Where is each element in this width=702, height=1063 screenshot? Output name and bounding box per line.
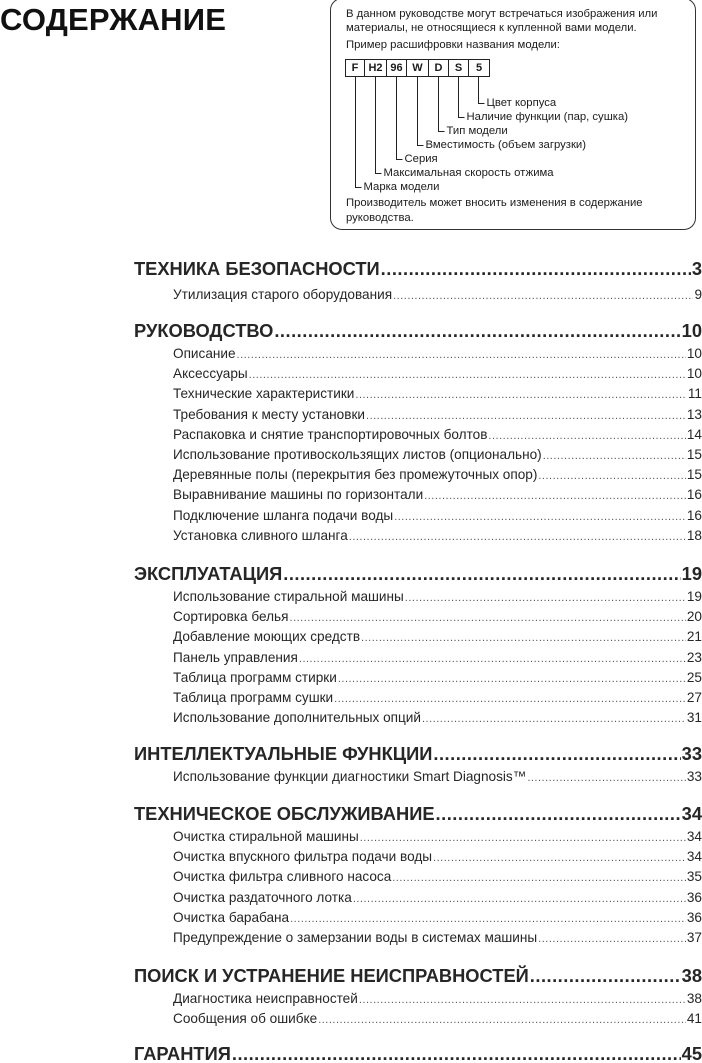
- toc-item-row[interactable]: Таблица программ сушки27: [173, 690, 702, 705]
- toc-item-row[interactable]: Описание10: [173, 346, 702, 361]
- toc-item-row[interactable]: Использование дополнительных опций31: [173, 710, 702, 725]
- toc-leader-dots: [405, 592, 686, 604]
- toc-leader-dots: [318, 1014, 686, 1026]
- toc-item-page: 35: [687, 869, 702, 884]
- toc-section-title[interactable]: ЭКСПЛУАТАЦИЯ: [134, 563, 282, 585]
- model-code-legend-item: Максимальная скорость отжима: [384, 166, 554, 180]
- toc-item-page: 23: [687, 650, 702, 665]
- toc-item-row[interactable]: Предупреждение о замерзании воды в систе…: [173, 930, 702, 945]
- toc-item-page: 31: [687, 710, 702, 725]
- toc-item-page: 41: [687, 1011, 702, 1026]
- toc-item-page: 10: [687, 346, 702, 361]
- model-notice-box: В данном руководстве могут встречаться и…: [330, 0, 696, 230]
- toc-leader-dots: [392, 872, 686, 884]
- toc-item-row[interactable]: Добавление моющих средств21: [173, 629, 702, 644]
- toc-item-page: 36: [687, 910, 702, 925]
- toc-leader-dots: [274, 320, 680, 342]
- toc-section-title[interactable]: ТЕХНИКА БЕЗОПАСНОСТИ: [134, 258, 380, 280]
- toc-leader-dots: [433, 743, 680, 765]
- toc-section-row[interactable]: ТЕХНИКА БЕЗОПАСНОСТИ3: [134, 258, 702, 280]
- toc-leader-dots: [366, 410, 686, 422]
- toc-leader-dots: [349, 531, 686, 543]
- toc-item-page: 27: [687, 690, 702, 705]
- toc-item-title[interactable]: Подключение шланга подачи воды: [173, 508, 393, 523]
- toc-item-title[interactable]: Предупреждение о замерзании воды в систе…: [173, 930, 537, 945]
- toc-leader-dots: [527, 772, 686, 784]
- toc-item-title[interactable]: Технические характеристики: [173, 386, 354, 401]
- toc-item-page: 33: [687, 769, 702, 784]
- toc-section-row[interactable]: ПОИСК И УСТРАНЕНИЕ НЕИСПРАВНОСТЕЙ38: [134, 965, 702, 987]
- toc-section-row[interactable]: ТЕХНИЧЕСКОЕ ОБСЛУЖИВАНИЕ34: [134, 803, 702, 825]
- notice-line-1: В данном руководстве могут встречаться и…: [346, 7, 657, 21]
- toc-leader-dots: [290, 612, 686, 624]
- toc-item-page: 34: [687, 849, 702, 864]
- toc-item-page: 16: [687, 508, 702, 523]
- toc-item-title[interactable]: Утилизация старого оборудования: [173, 287, 392, 302]
- toc-section-title[interactable]: ТЕХНИЧЕСКОЕ ОБСЛУЖИВАНИЕ: [134, 803, 435, 825]
- toc-section-row[interactable]: ЭКСПЛУАТАЦИЯ19: [134, 563, 702, 585]
- toc-item-row[interactable]: Использование стиральной машины19: [173, 589, 702, 604]
- toc-item-title[interactable]: Очистка впускного фильтра подачи воды: [173, 849, 432, 864]
- model-code-cell: S: [449, 60, 469, 76]
- toc-item-title[interactable]: Очистка фильтра сливного насоса: [173, 869, 391, 884]
- toc-section-title[interactable]: ГАРАНТИЯ: [134, 1043, 231, 1063]
- toc-item-page: 37: [687, 930, 702, 945]
- toc-item-page: 25: [687, 670, 702, 685]
- toc-leader-dots: [353, 893, 686, 905]
- toc-section-page: 34: [682, 803, 702, 825]
- toc-section-page: 19: [682, 563, 702, 585]
- toc-item-row[interactable]: Распаковка и снятие транспортировочных б…: [173, 427, 702, 442]
- toc-section-title[interactable]: ИНТЕЛЛЕКТУАЛЬНЫЕ ФУНКЦИИ: [134, 743, 432, 765]
- toc-item-title[interactable]: Сортировка белья: [173, 609, 289, 624]
- toc-leader-dots: [355, 389, 686, 401]
- toc-leader-dots: [381, 258, 691, 280]
- toc-section-page: 3: [692, 258, 702, 280]
- toc-leader-dots: [290, 913, 686, 925]
- toc-item-row[interactable]: Сообщения об ошибке41: [173, 1011, 702, 1026]
- toc-item-page: 15: [687, 467, 702, 482]
- toc-section-title[interactable]: ПОИСК И УСТРАНЕНИЕ НЕИСПРАВНОСТЕЙ: [134, 965, 529, 987]
- toc-leader-dots: [360, 832, 686, 844]
- toc-leader-dots: [530, 965, 681, 987]
- toc-item-title[interactable]: Использование стиральной машины: [173, 589, 404, 604]
- notice-line-2: материалы, не относящиеся к купленной ва…: [346, 21, 637, 35]
- toc-item-title[interactable]: Таблица программ стирки: [173, 670, 337, 685]
- toc-leader-dots: [543, 450, 686, 462]
- toc-item-row[interactable]: Требования к месту установки13: [173, 407, 702, 422]
- toc-leader-dots: [232, 1043, 681, 1063]
- toc-item-row[interactable]: Деревянные полы (перекрытия без промежут…: [173, 467, 702, 482]
- toc-leader-dots: [338, 673, 686, 685]
- toc-item-row[interactable]: Очистка фильтра сливного насоса35: [173, 869, 702, 884]
- model-code-cell: 96: [387, 60, 407, 76]
- toc-item-page: 20: [687, 609, 702, 624]
- toc-leader-dots: [538, 470, 686, 482]
- model-code-legend-item: Серия: [405, 152, 438, 166]
- toc-item-title[interactable]: Использование противоскользящих листов (…: [173, 447, 542, 462]
- toc-item-title[interactable]: Панель управления: [173, 650, 298, 665]
- toc-item-page: 16: [687, 487, 702, 502]
- toc-item-row[interactable]: Технические характеристики11: [173, 386, 702, 401]
- toc-item-title[interactable]: Диагностика неисправностей: [173, 991, 358, 1006]
- toc-item-page: 11: [688, 386, 702, 401]
- toc-section-title[interactable]: РУКОВОДСТВО: [134, 320, 273, 342]
- toc-item-title[interactable]: Таблица программ сушки: [173, 690, 333, 705]
- toc-item-page: 21: [687, 629, 702, 644]
- toc-item-page: 9: [694, 287, 702, 302]
- toc-item-title[interactable]: Выравнивание машины по горизонтали: [173, 487, 423, 502]
- toc-item-title[interactable]: Использование дополнительных опций: [173, 710, 421, 725]
- toc-item-row[interactable]: Подключение шланга подачи воды16: [173, 508, 702, 523]
- toc-item-title[interactable]: Использование функции диагностики Smart …: [173, 769, 526, 784]
- toc-section-row[interactable]: РУКОВОДСТВО10: [134, 320, 702, 342]
- toc-item-title[interactable]: Аксессуары: [173, 366, 248, 381]
- toc-item-page: 19: [687, 589, 702, 604]
- toc-item-title[interactable]: Очистка стиральной машины: [173, 829, 359, 844]
- toc-section-page: 45: [682, 1043, 702, 1063]
- toc-section-row[interactable]: ГАРАНТИЯ45: [134, 1043, 702, 1063]
- toc-section-page: 33: [682, 743, 702, 765]
- toc-item-page: 10: [687, 366, 702, 381]
- toc-item-row[interactable]: Таблица программ стирки25: [173, 670, 702, 685]
- toc-section-page: 38: [682, 965, 702, 987]
- model-code-cell: W: [407, 60, 429, 76]
- toc-item-title[interactable]: Деревянные полы (перекрытия без промежут…: [173, 467, 537, 482]
- toc-leader-dots: [424, 490, 686, 502]
- toc-item-row[interactable]: Аксессуары10: [173, 366, 702, 381]
- toc-item-row[interactable]: Использование функции диагностики Smart …: [173, 769, 702, 784]
- toc-item-page: 14: [687, 427, 702, 442]
- toc-item-page: 13: [687, 407, 702, 422]
- toc-item-title[interactable]: Сообщения об ошибке: [173, 1011, 317, 1026]
- notice-footer-line-2: руководства.: [346, 211, 414, 225]
- toc-leader-dots: [249, 369, 686, 381]
- toc-leader-dots: [422, 713, 686, 725]
- toc-item-title[interactable]: Добавление моющих средств: [173, 629, 360, 644]
- toc-item-row[interactable]: Очистка стиральной машины34: [173, 829, 702, 844]
- toc-leader-dots: [359, 994, 686, 1006]
- model-example-title: Пример расшифровки названия модели:: [346, 38, 560, 52]
- model-code-legend-item: Марка модели: [364, 180, 440, 194]
- toc-leader-dots: [237, 349, 686, 361]
- toc-item-page: 15: [687, 447, 702, 462]
- model-code-cell: H2: [365, 60, 387, 76]
- toc-item-page: 38: [687, 991, 702, 1006]
- toc-item-title[interactable]: Очистка раздаточного лотка: [173, 890, 352, 905]
- toc-item-row[interactable]: Сортировка белья20: [173, 609, 702, 624]
- toc-leader-dots: [299, 653, 686, 665]
- toc-item-row[interactable]: Установка сливного шланга18: [173, 528, 702, 543]
- toc-section-page: 10: [682, 320, 702, 342]
- toc-leader-dots: [433, 852, 686, 864]
- model-code-row: FH296WDS5: [345, 59, 490, 77]
- toc-item-title[interactable]: Очистка барабана: [173, 910, 289, 925]
- toc-item-row[interactable]: Диагностика неисправностей38: [173, 991, 702, 1006]
- model-code-legend-item: Наличие функции (пар, сушка): [467, 110, 629, 124]
- toc-item-row[interactable]: Выравнивание машины по горизонтали16: [173, 487, 702, 502]
- model-code-cell: F: [346, 60, 365, 76]
- toc-item-row[interactable]: Очистка барабана36: [173, 910, 702, 925]
- toc-item-title[interactable]: Требования к месту установки: [173, 407, 365, 422]
- model-code-cell: 5: [469, 60, 489, 76]
- model-code-legend-item: Вместимость (объем загрузки): [426, 138, 586, 152]
- notice-footer-line-1: Производитель может вносить изменения в …: [346, 196, 643, 210]
- toc-item-row[interactable]: Очистка впускного фильтра подачи воды34: [173, 849, 702, 864]
- toc-item-row[interactable]: Утилизация старого оборудования9: [173, 287, 702, 302]
- model-code-legend-item: Цвет корпуса: [487, 96, 557, 110]
- toc-item-page: 36: [687, 890, 702, 905]
- toc-item-page: 18: [687, 528, 702, 543]
- toc-leader-dots: [283, 563, 680, 585]
- model-code-legend-item: Тип модели: [447, 124, 508, 138]
- toc-leader-dots: [334, 693, 686, 705]
- toc-item-title[interactable]: Распаковка и снятие транспортировочных б…: [173, 427, 487, 442]
- toc-item-page: 34: [687, 829, 702, 844]
- toc-item-row[interactable]: Очистка раздаточного лотка36: [173, 890, 702, 905]
- toc-leader-dots: [488, 430, 685, 442]
- toc-item-title[interactable]: Установка сливного шланга: [173, 528, 348, 543]
- toc-item-row[interactable]: Использование противоскользящих листов (…: [173, 447, 702, 462]
- toc-leader-dots: [538, 933, 686, 945]
- page-title: СОДЕРЖАНИЕ: [0, 2, 226, 38]
- toc-item-title[interactable]: Описание: [173, 346, 236, 361]
- model-code-cell: D: [429, 60, 449, 76]
- toc-item-row[interactable]: Панель управления23: [173, 650, 702, 665]
- toc-section-row[interactable]: ИНТЕЛЛЕКТУАЛЬНЫЕ ФУНКЦИИ33: [134, 743, 702, 765]
- toc-leader-dots: [393, 290, 693, 302]
- toc-leader-dots: [436, 803, 681, 825]
- toc-leader-dots: [394, 511, 686, 523]
- toc-leader-dots: [361, 632, 686, 644]
